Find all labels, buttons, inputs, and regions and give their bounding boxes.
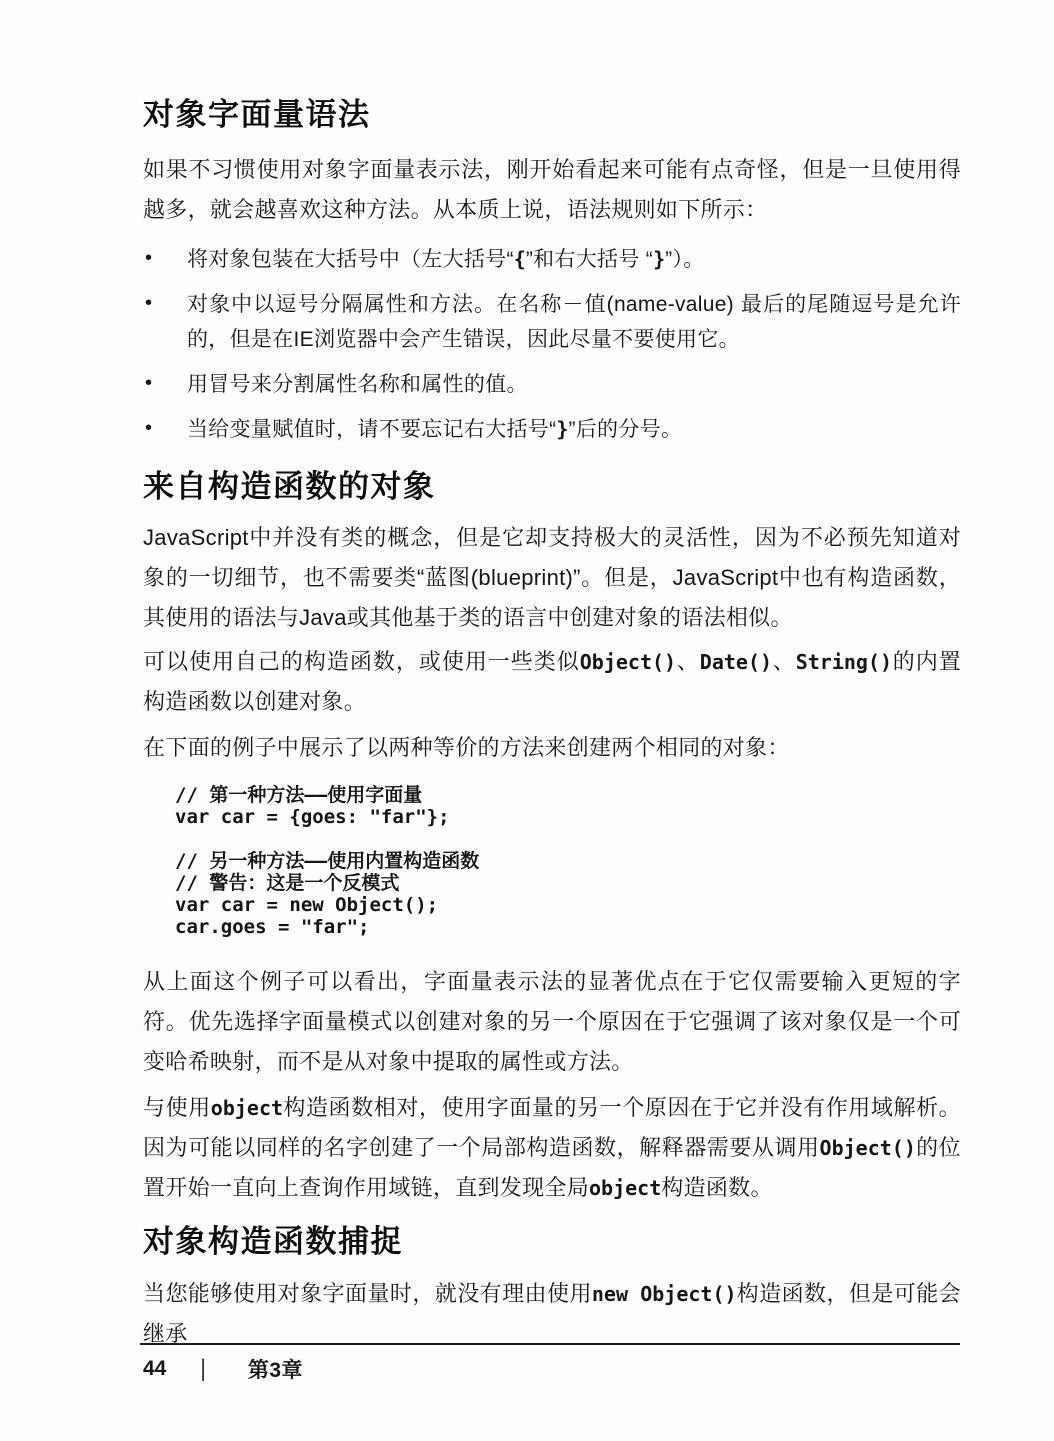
inline-code: }: [653, 247, 665, 271]
list-item-text: 用冒号来分割属性名称和属性的值。: [187, 373, 528, 396]
inline-text: ”后的分号。: [568, 418, 682, 441]
inline-code: Object(): [820, 1136, 916, 1160]
inline-code: new Object(): [592, 1282, 737, 1306]
inline-text: ”和右大括号 “: [526, 248, 653, 271]
inline-text: JavaScript中并没有类的概念，但是它却支持极大的灵活性，因为不必预先知道…: [143, 525, 961, 630]
inline-text: 如果不习惯使用对象字面量表示法，刚开始看起来可能有点奇怪，但是一旦使用得越多，就…: [143, 157, 961, 222]
list-item-text: 当给变量赋值时，请不要忘记右大括号“}”后的分号。: [187, 418, 682, 441]
paragraph-intro: 如果不习惯使用对象字面量表示法，刚开始看起来可能有点奇怪，但是一旦使用得越多，就…: [143, 150, 961, 230]
inline-code: {: [514, 247, 526, 271]
page-footer: 44 | 第3章: [140, 1343, 960, 1384]
inline-code: object: [589, 1176, 661, 1200]
chapter-label: 第3章: [248, 1354, 303, 1384]
list-item: • 当给变量赋值时，请不要忘记右大括号“}”后的分号。: [143, 412, 961, 447]
list-item-text: 将对象包装在大括号中（左大括号“{”和右大括号 “}”）。: [187, 248, 705, 271]
footer-row: 44 | 第3章: [140, 1354, 960, 1384]
list-item: • 将对象包装在大括号中（左大括号“{”和右大括号 “}”）。: [143, 242, 961, 277]
inline-text: 从上面这个例子可以看出，字面量表示法的显著优点在于它仅需要输入更短的字符。优先选…: [143, 969, 961, 1074]
paragraph: 从上面这个例子可以看出，字面量表示法的显著优点在于它仅需要输入更短的字符。优先选…: [143, 962, 961, 1082]
inline-code: }: [556, 417, 568, 441]
inline-text: ”）。: [665, 248, 704, 271]
paragraph: JavaScript中并没有类的概念，但是它却支持极大的灵活性，因为不必预先知道…: [143, 518, 961, 638]
list-item: • 用冒号来分割属性名称和属性的值。: [143, 367, 961, 402]
paragraph: 可以使用自己的构造函数，或使用一些类似Object()、Date()、Strin…: [143, 642, 961, 722]
paragraph: 在下面的例子中展示了以两种等价的方法来创建两个相同的对象：: [143, 728, 961, 768]
inline-code: object: [211, 1096, 283, 1120]
bullet-icon: •: [145, 241, 152, 276]
bullet-icon: •: [145, 411, 152, 446]
inline-text: 、: [676, 649, 700, 674]
section-title-object-literal-syntax: 对象字面量语法: [143, 97, 961, 133]
inline-text: 可以使用自己的构造函数，或使用一些类似: [143, 649, 580, 674]
inline-text: 与使用: [143, 1095, 211, 1120]
inline-text: 当您能够使用对象字面量时，就没有理由使用: [143, 1281, 592, 1306]
bullet-icon: •: [145, 286, 152, 321]
syntax-rules-list: • 将对象包装在大括号中（左大括号“{”和右大括号 “}”）。 • 对象中以逗号…: [143, 242, 961, 447]
list-item: • 对象中以逗号分隔属性和方法。在名称－值(name-value) 最后的尾随逗…: [143, 287, 961, 357]
inline-code: Date(): [700, 650, 772, 674]
footer-separator: |: [200, 1355, 205, 1383]
paragraph: 当您能够使用对象字面量时，就没有理由使用new Object()构造函数，但是可…: [143, 1274, 961, 1354]
inline-text: 用冒号来分割属性名称和属性的值。: [187, 373, 528, 396]
inline-text: 当给变量赋值时，请不要忘记右大括号“: [187, 418, 556, 441]
footer-rule: [140, 1343, 960, 1345]
inline-text: 将对象包装在大括号中（左大括号“: [187, 248, 514, 271]
book-page: 对象字面量语法 如果不习惯使用对象字面量表示法，刚开始看起来可能有点奇怪，但是一…: [0, 0, 1054, 1441]
inline-text: 在下面的例子中展示了以两种等价的方法来创建两个相同的对象：: [143, 735, 790, 760]
inline-code: String(): [796, 650, 892, 674]
section-title-objects-from-constructor: 来自构造函数的对象: [143, 469, 961, 505]
inline-text: 对象中以逗号分隔属性和方法。在名称－值(name-value) 最后的尾随逗号是…: [187, 293, 961, 351]
inline-text: 构造函数。: [661, 1175, 773, 1200]
list-item-text: 对象中以逗号分隔属性和方法。在名称－值(name-value) 最后的尾随逗号是…: [187, 293, 961, 351]
paragraph: 与使用object构造函数相对，使用字面量的另一个原因在于它并没有作用域解析。因…: [143, 1088, 961, 1208]
inline-text: 、: [772, 649, 796, 674]
inline-code: Object(): [580, 650, 676, 674]
page-content: 对象字面量语法 如果不习惯使用对象字面量表示法，刚开始看起来可能有点奇怪，但是一…: [143, 0, 961, 1354]
page-number: 44: [140, 1357, 166, 1381]
code-block: // 第一种方法——使用字面量 var car = {goes: "far"};…: [175, 784, 961, 938]
bullet-icon: •: [145, 366, 152, 401]
section-title-object-constructor-catch: 对象构造函数捕捉: [143, 1224, 961, 1260]
